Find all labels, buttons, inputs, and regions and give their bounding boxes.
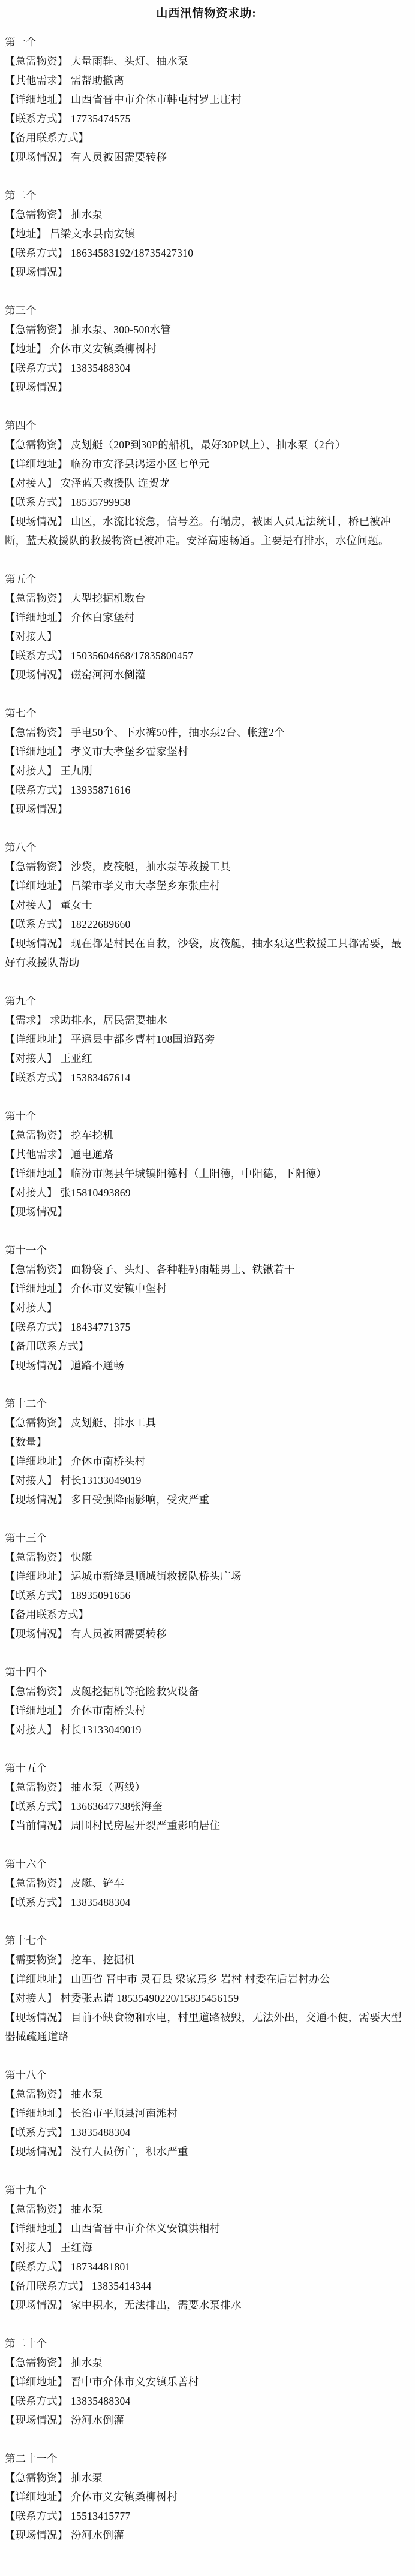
- field-value: 13835414344: [92, 2280, 152, 2292]
- section-header: 第十一个: [5, 1241, 408, 1260]
- field-line: 【详细地址】介休市南桥头村: [5, 1452, 408, 1471]
- field-label: 【急需物资】: [5, 324, 68, 336]
- field-label: 【急需物资】: [5, 1877, 68, 1889]
- field-value: 抽水泵: [71, 2088, 103, 2100]
- field-label: 【其他需求】: [5, 74, 68, 86]
- field-value: 18734481801: [71, 2261, 131, 2273]
- field-label: 【详细地址】: [5, 1168, 68, 1180]
- field-line: 【联系方式】18634583192/18735427310: [5, 243, 408, 263]
- field-line: 【联系方式】18734481801: [5, 2257, 408, 2276]
- field-line: 【对接人】村长13133049019: [5, 1471, 408, 1490]
- field-value: 大型挖掘机数台: [71, 592, 146, 604]
- field-label: 【需要物资】: [5, 1954, 68, 1966]
- field-value: 18222689660: [71, 918, 131, 930]
- field-line: 【急需物资】抽水泵: [5, 2200, 408, 2219]
- section-header: 第十六个: [5, 1854, 408, 1874]
- field-line: 【现场情况】有人员被困需要转移: [5, 1624, 408, 1643]
- field-label: 【急需物资】: [5, 1129, 68, 1141]
- sections: 第一个【急需物资】大量雨鞋、头灯、抽水泵【其他需求】需帮助撤离【详细地址】山西省…: [5, 32, 408, 2545]
- section-header: 第九个: [5, 991, 408, 1011]
- field-value: 介休市义安镇桑柳树村: [50, 343, 157, 355]
- field-label: 【现场情况】: [5, 2414, 68, 2426]
- field-line: 【现场情况】: [5, 800, 408, 819]
- field-line: 【急需物资】皮艇、铲车: [5, 1874, 408, 1893]
- field-label: 【对接人】: [5, 1474, 58, 1486]
- field-line: 【现场情况】现在都是村民在自救，沙袋，皮筏艇，抽水泵这些救援工具都需要，最好有救…: [5, 934, 408, 972]
- field-line: 【其他需求】通电通路: [5, 1145, 408, 1164]
- field-line: 【备用联系方式】: [5, 1337, 408, 1356]
- field-line: 【对接人】王九刚: [5, 761, 408, 780]
- field-value: 董女士: [61, 899, 92, 911]
- field-value: 13835488304: [71, 2126, 131, 2138]
- section-header: 第十五个: [5, 1758, 408, 1778]
- field-label: 【急需物资】: [5, 1685, 68, 1697]
- field-line: 【现场情况】汾河水倒灌: [5, 2411, 408, 2430]
- field-label: 【联系方式】: [5, 918, 68, 930]
- field-line: 【联系方式】15383467614: [5, 1068, 408, 1087]
- field-line: 【详细地址】山西省晋中市介休义安镇洪相村: [5, 2219, 408, 2238]
- request-section: 第十三个【急需物资】快艇【详细地址】运城市新绛县顺城街救援队桥头广场【联系方式】…: [5, 1528, 408, 1643]
- field-label: 【备用联系方式】: [5, 1609, 89, 1621]
- field-value: 长治市平顺县河南滩村: [71, 2107, 178, 2119]
- field-line: 【急需物资】挖车挖机: [5, 1126, 408, 1145]
- field-line: 【急需物资】皮划艇（20P到30P的船机，最好30P以上）、抽水泵（2台）: [5, 435, 408, 454]
- field-label: 【详细地址】: [5, 2222, 68, 2234]
- field-label: 【对接人】: [5, 2242, 58, 2254]
- field-value: 抽水泵: [71, 2472, 103, 2484]
- field-line: 【急需物资】快艇: [5, 1548, 408, 1567]
- field-value: 介休市义安镇桑柳树村: [71, 2491, 178, 2503]
- field-line: 【对接人】村长13133049019: [5, 1720, 408, 1739]
- field-label: 【现场情况】: [5, 937, 68, 949]
- field-line: 【详细地址】介休市义安镇桑柳树村: [5, 2487, 408, 2506]
- field-value: 18535799958: [71, 496, 131, 508]
- field-line: 【详细地址】长治市平顺县河南滩村: [5, 2104, 408, 2123]
- field-label: 【对接人】: [5, 899, 58, 911]
- field-line: 【联系方式】13663647738张海奎: [5, 1797, 408, 1816]
- field-line: 【急需物资】皮划艇、排水工具: [5, 1413, 408, 1432]
- field-line: 【备用联系方式】13835414344: [5, 2276, 408, 2296]
- field-line: 【备用联系方式】: [5, 1605, 408, 1624]
- field-line: 【详细地址】吕梁市孝义市大孝堡乡东张庄村: [5, 876, 408, 895]
- request-section: 第九个【需求】求助排水，居民需要抽水【详细地址】平遥县中都乡曹村108国道路旁【…: [5, 991, 408, 1087]
- field-line: 【详细地址】孝义市大孝堡乡霍家堡村: [5, 742, 408, 761]
- field-value: 挖车、挖掘机: [71, 1954, 135, 1966]
- field-label: 【详细地址】: [5, 2491, 68, 2503]
- field-line: 【急需物资】沙袋，皮筏艇，抽水泵等救援工具: [5, 857, 408, 876]
- section-header: 第一个: [5, 32, 408, 52]
- field-value: 皮艇、铲车: [71, 1877, 124, 1889]
- field-line: 【对接人】王红海: [5, 2238, 408, 2257]
- field-value: 吕梁文水县南安镇: [50, 228, 135, 240]
- field-label: 【联系方式】: [5, 1589, 68, 1601]
- field-value: 道路不通畅: [71, 1359, 124, 1371]
- field-label: 【详细地址】: [5, 1033, 68, 1045]
- field-label: 【联系方式】: [5, 2126, 68, 2138]
- field-value: 吕梁市孝义市大孝堡乡东张庄村: [71, 880, 220, 892]
- field-label: 【急需物资】: [5, 2203, 68, 2215]
- field-value: 有人员被困需要转移: [71, 151, 167, 163]
- field-value: 大量雨鞋、头灯、抽水泵: [71, 55, 188, 67]
- field-label: 【现场情况】: [5, 2529, 68, 2541]
- field-value: 抽水泵、300-500水管: [71, 324, 171, 336]
- request-section: 第十五个【急需物资】抽水泵（两线）【联系方式】13663647738张海奎【当前…: [5, 1758, 408, 1835]
- request-section: 第七个【急需物资】手电50个、下水裤50件，抽水泵2台、帐篷2个【详细地址】孝义…: [5, 704, 408, 819]
- field-label: 【对接人】: [5, 1187, 58, 1199]
- field-label: 【急需物资】: [5, 1551, 68, 1563]
- field-value: 抽水泵（两线）: [71, 1781, 146, 1793]
- field-label: 【现场情况】: [5, 1359, 68, 1371]
- request-section: 第三个【急需物资】抽水泵、300-500水管【地址】介休市义安镇桑柳树村【联系方…: [5, 301, 408, 397]
- field-value: 山西省 晋中市 灵石县 梁家焉乡 岩村 村委在后岩村办公: [71, 1973, 330, 1985]
- request-section: 第十个【急需物资】挖车挖机【其他需求】通电通路【详细地址】临汾市隰县午城镇阳德村…: [5, 1106, 408, 1221]
- field-label: 【现场情况】: [5, 2299, 68, 2311]
- field-value: 面粉袋子、头灯、各种鞋码雨鞋男士、铁锹若干: [71, 1263, 295, 1275]
- field-line: 【联系方式】15035604668/17835800457: [5, 646, 408, 665]
- request-section: 第十一个【急需物资】面粉袋子、头灯、各种鞋码雨鞋男士、铁锹若干【详细地址】介休市…: [5, 1241, 408, 1375]
- field-line: 【详细地址】山西省 晋中市 灵石县 梁家焉乡 岩村 村委在后岩村办公: [5, 1969, 408, 1989]
- field-label: 【详细地址】: [5, 1973, 68, 1985]
- field-label: 【联系方式】: [5, 1321, 68, 1333]
- field-value: 汾河水倒灌: [71, 2529, 124, 2541]
- field-label: 【现场情况】: [5, 1494, 68, 1506]
- field-value: 村委张志请 18535490220/15835456159: [61, 1992, 239, 2004]
- field-line: 【现场情况】: [5, 1202, 408, 1221]
- field-label: 【现场情况】: [5, 381, 68, 393]
- field-value: 18434771375: [71, 1321, 131, 1333]
- field-value: 皮划艇、排水工具: [71, 1417, 156, 1429]
- request-section: 第十七个【需要物资】挖车、挖掘机【详细地址】山西省 晋中市 灵石县 梁家焉乡 岩…: [5, 1931, 408, 2046]
- request-section: 第四个【急需物资】皮划艇（20P到30P的船机，最好30P以上）、抽水泵（2台）…: [5, 416, 408, 550]
- field-line: 【现场情况】山区，水流比较急，信号差。有塌房，被困人员无法统计，桥已被冲断，蓝天…: [5, 512, 408, 550]
- field-label: 【联系方式】: [5, 2261, 68, 2273]
- field-value: 抽水泵: [71, 2203, 103, 2215]
- field-line: 【地址】吕梁文水县南安镇: [5, 224, 408, 243]
- field-label: 【现场情况】: [5, 1206, 68, 1218]
- field-value: 15513415777: [71, 2510, 131, 2522]
- field-label: 【联系方式】: [5, 247, 68, 259]
- field-label: 【联系方式】: [5, 784, 68, 796]
- field-line: 【联系方式】18222689660: [5, 915, 408, 934]
- request-section: 第十八个【急需物资】抽水泵【详细地址】长治市平顺县河南滩村【联系方式】13835…: [5, 2065, 408, 2161]
- field-label: 【急需物资】: [5, 1781, 68, 1793]
- field-line: 【详细地址】运城市新绛县顺城街救援队桥头广场: [5, 1567, 408, 1586]
- field-value: 周围村民房屋开裂严重影响居住: [71, 1820, 220, 1832]
- field-label: 【联系方式】: [5, 1800, 68, 1812]
- request-section: 第十六个【急需物资】皮艇、铲车【联系方式】13835488304: [5, 1854, 408, 1912]
- field-line: 【联系方式】15513415777: [5, 2506, 408, 2526]
- request-section: 第二十一个【急需物资】抽水泵【详细地址】介休市义安镇桑柳树村【联系方式】1551…: [5, 2449, 408, 2545]
- request-section: 第八个【急需物资】沙袋，皮筏艇，抽水泵等救援工具【详细地址】吕梁市孝义市大孝堡乡…: [5, 838, 408, 972]
- request-section: 第十九个【急需物资】抽水泵【详细地址】山西省晋中市介休义安镇洪相村【对接人】王红…: [5, 2180, 408, 2315]
- field-value: 介休市义安镇中堡村: [71, 1283, 167, 1295]
- field-value: 王九刚: [61, 765, 92, 777]
- field-label: 【急需物资】: [5, 1263, 68, 1275]
- field-line: 【急需物资】皮艇挖掘机等抢险救灾设备: [5, 1682, 408, 1701]
- field-label: 【详细地址】: [5, 2376, 68, 2388]
- field-line: 【需要物资】挖车、挖掘机: [5, 1950, 408, 1969]
- field-line: 【现场情况】没有人员伤亡，积水严重: [5, 2142, 408, 2161]
- field-line: 【现场情况】有人员被困需要转移: [5, 147, 408, 167]
- field-value: 运城市新绛县顺城街救援队桥头广场: [71, 1570, 242, 1582]
- field-label: 【联系方式】: [5, 362, 68, 374]
- field-value: 13835488304: [71, 362, 131, 374]
- field-line: 【联系方式】17735474575: [5, 109, 408, 128]
- field-value: 皮划艇（20P到30P的船机，最好30P以上）、抽水泵（2台）: [71, 439, 346, 451]
- field-label: 【急需物资】: [5, 2472, 68, 2484]
- field-value: 需帮助撤离: [71, 74, 124, 86]
- field-label: 【详细地址】: [5, 93, 68, 105]
- document-page: 山西汛情物资求助: 第一个【急需物资】大量雨鞋、头灯、抽水泵【其他需求】需帮助撤…: [0, 0, 415, 2576]
- field-label: 【联系方式】: [5, 2395, 68, 2407]
- field-label: 【备用联系方式】: [5, 132, 89, 144]
- field-label: 【当前情况】: [5, 1820, 68, 1832]
- field-line: 【急需物资】抽水泵: [5, 205, 408, 224]
- field-value: 通电通路: [71, 1148, 113, 1160]
- field-value: 张15810493869: [61, 1187, 131, 1199]
- field-line: 【详细地址】介休白家堡村: [5, 608, 408, 627]
- section-header: 第二十一个: [5, 2449, 408, 2468]
- field-label: 【对接人】: [5, 1992, 58, 2004]
- field-value: 17735474575: [71, 113, 131, 125]
- field-label: 【联系方式】: [5, 650, 68, 662]
- field-line: 【详细地址】平遥县中都乡曹村108国道路旁: [5, 1030, 408, 1049]
- field-line: 【对接人】安泽蓝天救援队 连贺龙: [5, 473, 408, 493]
- field-line: 【现场情况】: [5, 378, 408, 397]
- field-label: 【急需物资】: [5, 55, 68, 67]
- field-line: 【地址】介休市义安镇桑柳树村: [5, 339, 408, 358]
- field-value: 18935091656: [71, 1589, 131, 1601]
- field-label: 【现场情况】: [5, 669, 68, 681]
- request-section: 第二十个【急需物资】抽水泵【详细地址】晋中市介休市义安镇乐善村【联系方式】138…: [5, 2334, 408, 2430]
- field-value: 安泽蓝天救援队 连贺龙: [61, 477, 170, 489]
- field-label: 【详细地址】: [5, 2107, 68, 2119]
- field-line: 【详细地址】介休市南桥头村: [5, 1701, 408, 1720]
- field-line: 【现场情况】汾河水倒灌: [5, 2526, 408, 2545]
- field-value: 孝义市大孝堡乡霍家堡村: [71, 746, 188, 758]
- field-line: 【对接人】张15810493869: [5, 1183, 408, 1202]
- section-header: 第三个: [5, 301, 408, 320]
- field-line: 【详细地址】介休市义安镇中堡村: [5, 1279, 408, 1298]
- field-line: 【对接人】王亚红: [5, 1049, 408, 1068]
- field-value: 汾河水倒灌: [71, 2414, 124, 2426]
- field-label: 【备用联系方式】: [5, 1340, 89, 1352]
- field-label: 【现场情况】: [5, 266, 68, 278]
- section-header: 第十个: [5, 1106, 408, 1126]
- field-label: 【联系方式】: [5, 496, 68, 508]
- field-label: 【详细地址】: [5, 1455, 68, 1467]
- field-value: 村长13133049019: [61, 1724, 142, 1736]
- field-line: 【对接人】: [5, 627, 408, 646]
- field-value: 晋中市介休市义安镇乐善村: [71, 2376, 199, 2388]
- field-line: 【数量】: [5, 1432, 408, 1452]
- section-header: 第十九个: [5, 2180, 408, 2200]
- field-label: 【现场情况】: [5, 803, 68, 815]
- request-section: 第五个【急需物资】大型挖掘机数台【详细地址】介休白家堡村【对接人】【联系方式】1…: [5, 569, 408, 684]
- field-value: 皮艇挖掘机等抢险救灾设备: [71, 1685, 199, 1697]
- field-line: 【急需物资】抽水泵: [5, 2468, 408, 2487]
- section-header: 第四个: [5, 416, 408, 435]
- field-label: 【详细地址】: [5, 611, 68, 623]
- section-header: 第二个: [5, 186, 408, 205]
- field-value: 15383467614: [71, 1072, 131, 1084]
- field-label: 【急需物资】: [5, 861, 68, 873]
- field-value: 介休市南桥头村: [71, 1705, 146, 1717]
- field-value: 挖车挖机: [71, 1129, 113, 1141]
- field-value: 沙袋，皮筏艇，抽水泵等救援工具: [71, 861, 231, 873]
- field-value: 没有人员伤亡，积水严重: [71, 2146, 188, 2158]
- request-section: 第一个【急需物资】大量雨鞋、头灯、抽水泵【其他需求】需帮助撤离【详细地址】山西省…: [5, 32, 408, 167]
- field-label: 【对接人】: [5, 477, 58, 489]
- field-label: 【急需物资】: [5, 726, 68, 738]
- field-line: 【详细地址】临汾市安泽县鸿运小区七单元: [5, 454, 408, 473]
- field-label: 【备用联系方式】: [5, 2280, 89, 2292]
- field-line: 【详细地址】临汾市隰县午城镇阳德村（上阳德，中阳德，下阳德）: [5, 1164, 408, 1183]
- field-value: 磁窑河河水倒灌: [71, 669, 146, 681]
- field-line: 【现场情况】目前不缺食物和水电，村里道路被毁，无法外出，交通不便，需要大型器械疏…: [5, 2008, 408, 2046]
- field-label: 【详细地址】: [5, 880, 68, 892]
- page-title: 山西汛情物资求助:: [5, 4, 408, 24]
- field-line: 【需求】求助排水，居民需要抽水: [5, 1011, 408, 1030]
- field-line: 【现场情况】磁窑河河水倒灌: [5, 665, 408, 684]
- field-line: 【现场情况】多日受强降雨影响，受灾严重: [5, 1490, 408, 1509]
- section-header: 第十三个: [5, 1528, 408, 1548]
- field-label: 【地址】: [5, 228, 47, 240]
- request-section: 第十四个【急需物资】皮艇挖掘机等抢险救灾设备【详细地址】介休市南桥头村【对接人】…: [5, 1663, 408, 1739]
- section-header: 第五个: [5, 569, 408, 589]
- section-header: 第十七个: [5, 1931, 408, 1950]
- field-value: 13835488304: [71, 2395, 131, 2407]
- field-value: 山西省晋中市介休市韩屯村罗王庄村: [71, 93, 242, 105]
- field-value: 家中积水，无法排出，需要水泵排水: [71, 2299, 242, 2311]
- field-line: 【对接人】董女士: [5, 895, 408, 915]
- field-label: 【现场情况】: [5, 2011, 68, 2023]
- field-line: 【现场情况】: [5, 263, 408, 282]
- section-header: 第八个: [5, 838, 408, 857]
- field-value: 临汾市隰县午城镇阳德村（上阳德，中阳德，下阳德）: [71, 1168, 327, 1180]
- field-line: 【急需物资】大型挖掘机数台: [5, 589, 408, 608]
- field-line: 【急需物资】抽水泵、300-500水管: [5, 320, 408, 339]
- field-label: 【需求】: [5, 1014, 47, 1026]
- field-line: 【现场情况】家中积水，无法排出，需要水泵排水: [5, 2296, 408, 2315]
- field-label: 【详细地址】: [5, 746, 68, 758]
- field-value: 平遥县中都乡曹村108国道路旁: [71, 1033, 215, 1045]
- field-value: 村长13133049019: [61, 1474, 142, 1486]
- field-value: 有人员被困需要转移: [71, 1628, 167, 1640]
- field-label: 【地址】: [5, 343, 47, 355]
- field-label: 【现场情况】: [5, 1628, 68, 1640]
- field-label: 【联系方式】: [5, 1072, 68, 1084]
- section-header: 第十八个: [5, 2065, 408, 2085]
- field-value: 多日受强降雨影响，受灾严重: [71, 1494, 209, 1506]
- field-value: 18634583192/18735427310: [71, 247, 193, 259]
- field-label: 【对接人】: [5, 1302, 58, 1314]
- section-header: 第二十个: [5, 2334, 408, 2353]
- field-label: 【现场情况】: [5, 515, 68, 527]
- field-value: 手电50个、下水裤50件，抽水泵2台、帐篷2个: [71, 726, 285, 738]
- field-line: 【联系方式】13835488304: [5, 2123, 408, 2142]
- field-line: 【急需物资】手电50个、下水裤50件，抽水泵2台、帐篷2个: [5, 723, 408, 742]
- field-line: 【急需物资】抽水泵: [5, 2353, 408, 2372]
- field-value: 临汾市安泽县鸿运小区七单元: [71, 458, 209, 470]
- field-value: 求助排水，居民需要抽水: [50, 1014, 167, 1026]
- field-label: 【急需物资】: [5, 1417, 68, 1429]
- field-label: 【详细地址】: [5, 1283, 68, 1295]
- field-label: 【现场情况】: [5, 2146, 68, 2158]
- field-line: 【其他需求】需帮助撤离: [5, 71, 408, 90]
- section-header: 第七个: [5, 704, 408, 723]
- field-line: 【联系方式】13935871616: [5, 780, 408, 800]
- field-line: 【详细地址】晋中市介休市义安镇乐善村: [5, 2372, 408, 2391]
- field-line: 【联系方式】13835488304: [5, 358, 408, 378]
- field-label: 【联系方式】: [5, 1896, 68, 1908]
- field-label: 【数量】: [5, 1436, 47, 1448]
- field-label: 【急需物资】: [5, 439, 68, 451]
- field-label: 【详细地址】: [5, 1570, 68, 1582]
- field-value: 快艇: [71, 1551, 92, 1563]
- field-label: 【对接人】: [5, 1052, 58, 1064]
- field-value: 13935871616: [71, 784, 131, 796]
- field-label: 【对接人】: [5, 765, 58, 777]
- field-line: 【当前情况】周围村民房屋开裂严重影响居住: [5, 1816, 408, 1835]
- field-value: 13663647738张海奎: [71, 1800, 163, 1812]
- field-label: 【现场情况】: [5, 151, 68, 163]
- field-value: 15035604668/17835800457: [71, 650, 193, 662]
- field-line: 【急需物资】面粉袋子、头灯、各种鞋码雨鞋男士、铁锹若干: [5, 1260, 408, 1279]
- field-line: 【备用联系方式】: [5, 128, 408, 147]
- field-label: 【对接人】: [5, 1724, 58, 1736]
- field-label: 【急需物资】: [5, 2088, 68, 2100]
- field-label: 【详细地址】: [5, 1705, 68, 1717]
- field-line: 【联系方式】18535799958: [5, 493, 408, 512]
- field-value: 介休市南桥头村: [71, 1455, 146, 1467]
- field-label: 【联系方式】: [5, 2510, 68, 2522]
- field-label: 【详细地址】: [5, 458, 68, 470]
- field-value: 介休白家堡村: [71, 611, 135, 623]
- field-line: 【联系方式】13835488304: [5, 2391, 408, 2411]
- section-header: 第十二个: [5, 1394, 408, 1413]
- field-label: 【其他需求】: [5, 1148, 68, 1160]
- request-section: 第二个【急需物资】抽水泵【地址】吕梁文水县南安镇【联系方式】1863458319…: [5, 186, 408, 282]
- field-value: 王亚红: [61, 1052, 92, 1064]
- request-section: 第十二个【急需物资】皮划艇、排水工具【数量】【详细地址】介休市南桥头村【对接人】…: [5, 1394, 408, 1509]
- field-line: 【联系方式】13835488304: [5, 1893, 408, 1912]
- field-line: 【现场情况】道路不通畅: [5, 1356, 408, 1375]
- field-label: 【对接人】: [5, 631, 58, 643]
- field-value: 抽水泵: [71, 2357, 103, 2369]
- field-value: 王红海: [61, 2242, 92, 2254]
- field-value: 抽水泵: [71, 209, 103, 221]
- field-value: 山西省晋中市介休义安镇洪相村: [71, 2222, 220, 2234]
- field-label: 【急需物资】: [5, 209, 68, 221]
- field-line: 【联系方式】18935091656: [5, 1586, 408, 1605]
- field-label: 【急需物资】: [5, 2357, 68, 2369]
- field-line: 【急需物资】抽水泵: [5, 2085, 408, 2104]
- field-value: 13835488304: [71, 1896, 131, 1908]
- field-line: 【对接人】: [5, 1298, 408, 1317]
- field-line: 【急需物资】抽水泵（两线）: [5, 1778, 408, 1797]
- field-line: 【对接人】村委张志请 18535490220/15835456159: [5, 1989, 408, 2008]
- section-header: 第十四个: [5, 1663, 408, 1682]
- field-line: 【详细地址】山西省晋中市介休市韩屯村罗王庄村: [5, 90, 408, 109]
- field-label: 【联系方式】: [5, 113, 68, 125]
- field-label: 【急需物资】: [5, 592, 68, 604]
- field-line: 【联系方式】18434771375: [5, 1317, 408, 1337]
- field-line: 【急需物资】大量雨鞋、头灯、抽水泵: [5, 52, 408, 71]
